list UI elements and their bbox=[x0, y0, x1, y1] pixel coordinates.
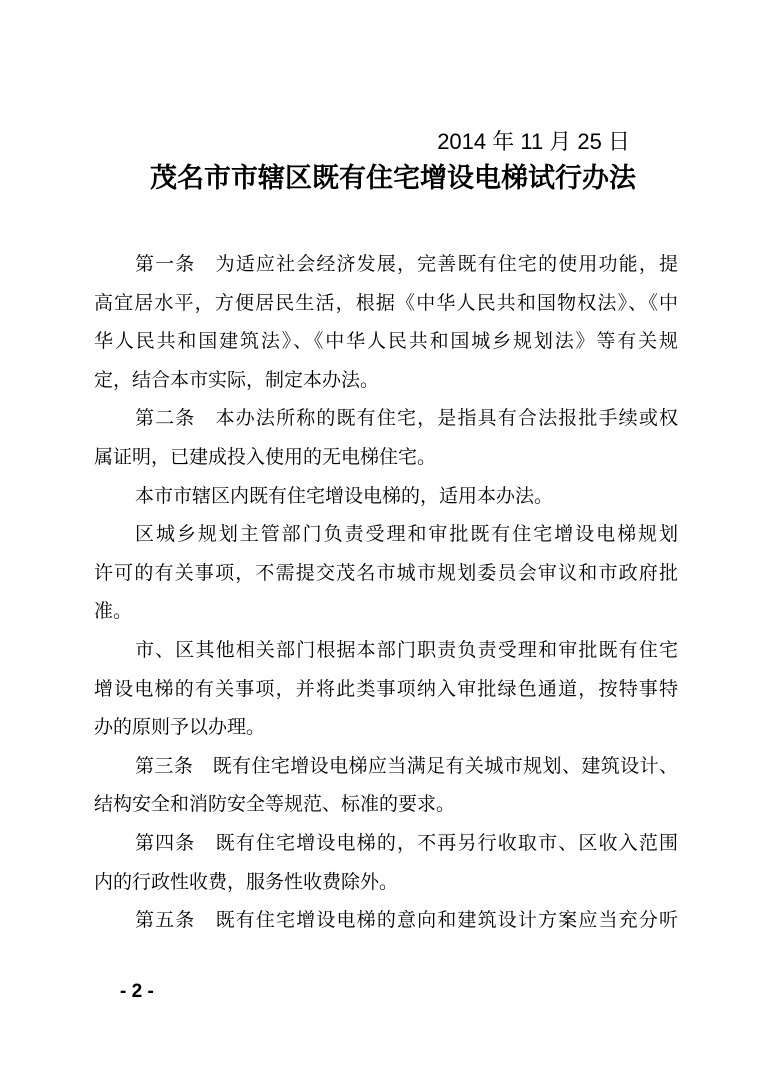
body-line: 属证明，已建成投入使用的无电梯住宅。 bbox=[94, 439, 678, 478]
paragraph-planning-authority: 区城乡规划主管部门负责受理和审批既有住宅增设电梯规划 许可的有关事项，不需提交茂… bbox=[94, 516, 678, 632]
body-line: 第四条 既有住宅增设电梯的，不再另行收取市、区收入范围 bbox=[94, 825, 678, 864]
paragraph-article-4: 第四条 既有住宅增设电梯的，不再另行收取市、区收入范围 内的行政性收费，服务性收… bbox=[94, 825, 678, 902]
body-line: 第二条 本办法所称的既有住宅，是指具有合法报批手续或权 bbox=[94, 400, 678, 439]
body-line: 定，结合本市实际，制定本办法。 bbox=[94, 362, 678, 401]
body-line: 华人民共和国建筑法》、《中华人民共和国城乡规划法》等有关规 bbox=[94, 323, 678, 362]
body-line: 市、区其他相关部门根据本部门职责负责受理和审批既有住宅 bbox=[94, 632, 678, 671]
paragraph-scope: 本市市辖区内既有住宅增设电梯的，适用本办法。 bbox=[94, 478, 678, 517]
body-line: 第一条 为适应社会经济发展，完善既有住宅的使用功能，提 bbox=[94, 246, 678, 285]
document-body: 第一条 为适应社会经济发展，完善既有住宅的使用功能，提 高宜居水平，方便居民生活… bbox=[94, 246, 678, 941]
page-number: - 2 - bbox=[120, 981, 154, 1003]
body-line: 第五条 既有住宅增设电梯的意向和建筑设计方案应当充分听 bbox=[94, 902, 678, 941]
document-title: 茂名市市辖区既有住宅增设电梯试行办法 bbox=[0, 158, 770, 198]
paragraph-article-2: 第二条 本办法所称的既有住宅，是指具有合法报批手续或权 属证明，已建成投入使用的… bbox=[94, 400, 678, 477]
body-line: 办的原则予以办理。 bbox=[94, 709, 678, 748]
body-line: 许可的有关事项，不需提交茂名市城市规划委员会审议和市政府批 bbox=[94, 555, 678, 594]
body-line: 本市市辖区内既有住宅增设电梯的，适用本办法。 bbox=[94, 478, 678, 517]
body-line: 结构安全和消防安全等规范、标准的要求。 bbox=[94, 786, 678, 825]
paragraph-article-3: 第三条 既有住宅增设电梯应当满足有关城市规划、建筑设计、 结构安全和消防安全等规… bbox=[94, 748, 678, 825]
body-line: 第三条 既有住宅增设电梯应当满足有关城市规划、建筑设计、 bbox=[94, 748, 678, 787]
document-date: 2014 年 11 月 25 日 bbox=[0, 0, 770, 156]
document-page: 2014 年 11 月 25 日 茂名市市辖区既有住宅增设电梯试行办法 第一条 … bbox=[0, 0, 770, 1090]
body-line: 区城乡规划主管部门负责受理和审批既有住宅增设电梯规划 bbox=[94, 516, 678, 555]
body-line: 准。 bbox=[94, 593, 678, 632]
paragraph-article-1: 第一条 为适应社会经济发展，完善既有住宅的使用功能，提 高宜居水平，方便居民生活… bbox=[94, 246, 678, 400]
paragraph-article-5: 第五条 既有住宅增设电梯的意向和建筑设计方案应当充分听 bbox=[94, 902, 678, 941]
paragraph-other-departments: 市、区其他相关部门根据本部门职责负责受理和审批既有住宅 增设电梯的有关事项，并将… bbox=[94, 632, 678, 748]
body-line: 增设电梯的有关事项，并将此类事项纳入审批绿色通道，按特事特 bbox=[94, 671, 678, 710]
body-line: 内的行政性收费，服务性收费除外。 bbox=[94, 864, 678, 903]
body-line: 高宜居水平，方便居民生活，根据《中华人民共和国物权法》、《中 bbox=[94, 285, 678, 324]
